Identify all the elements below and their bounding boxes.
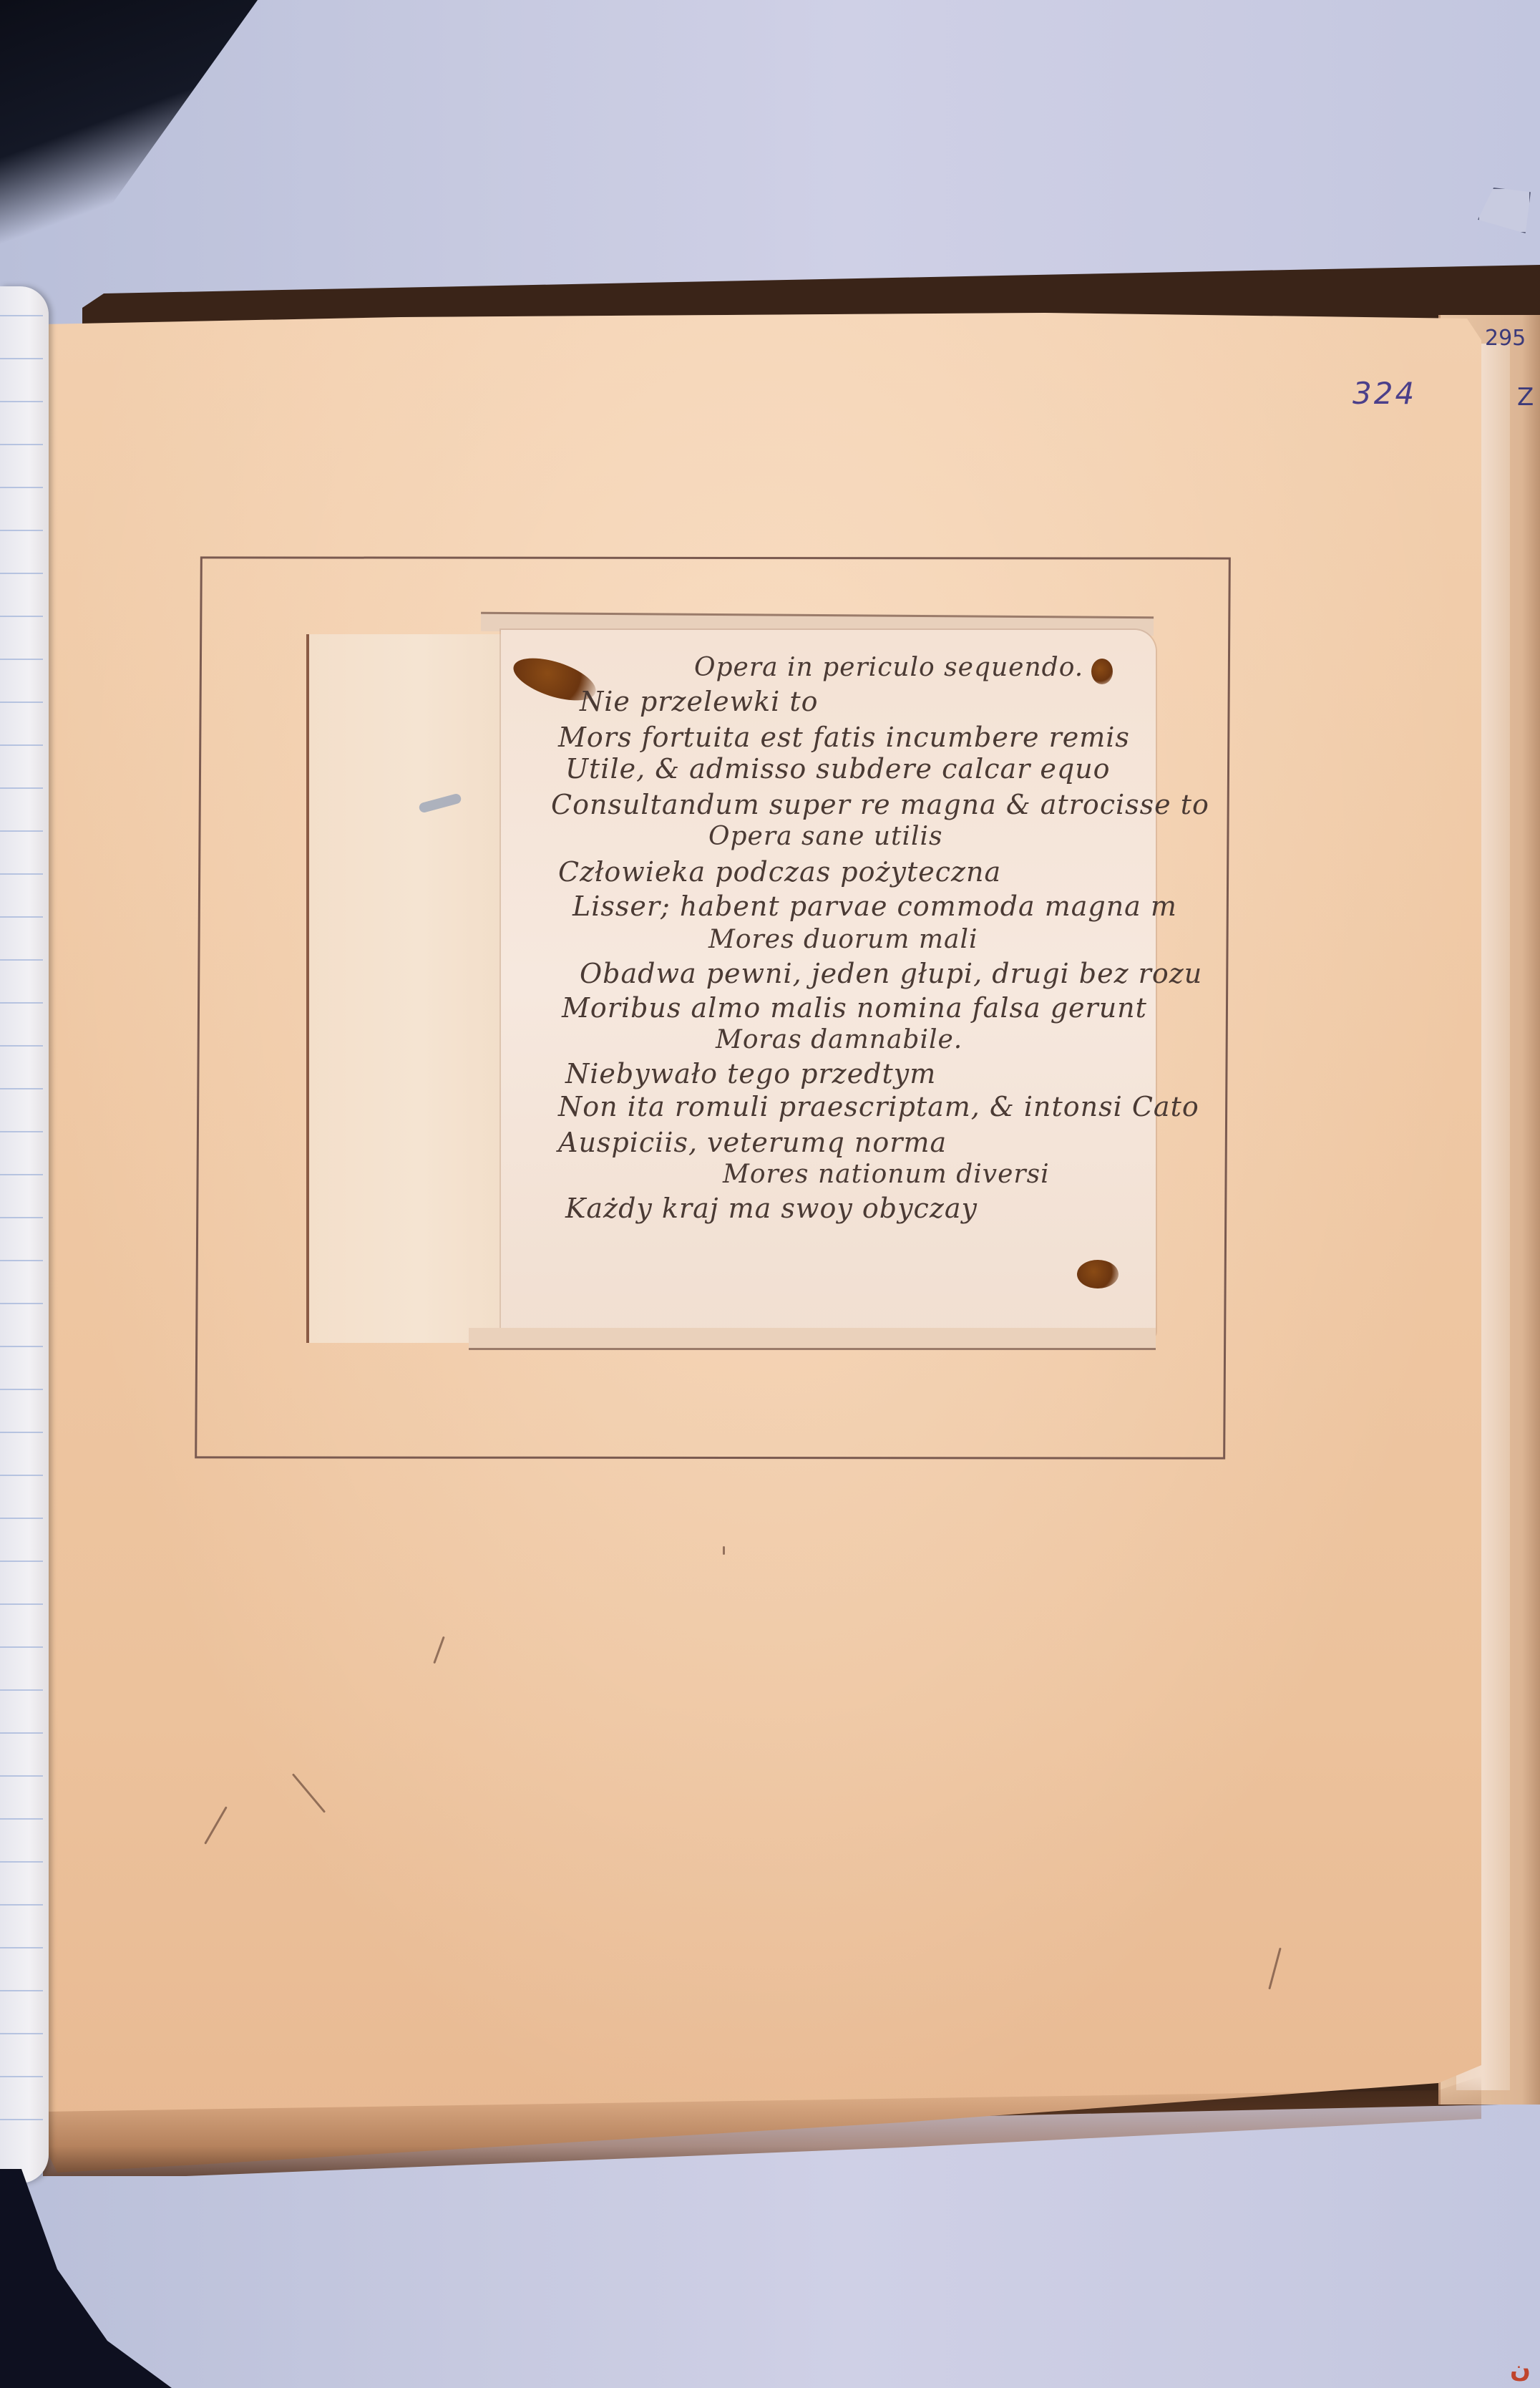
ruled-line <box>0 1904 43 1906</box>
manuscript-heading: Mores nationum diversi <box>723 1160 1050 1189</box>
ruled-line <box>0 315 43 316</box>
ruled-line <box>0 702 43 703</box>
ruled-line <box>0 1990 43 1991</box>
ruled-line <box>0 659 43 660</box>
stain-spot <box>1091 659 1113 684</box>
mounting-strip <box>306 634 531 1343</box>
ruled-line <box>0 1561 43 1562</box>
ruled-line <box>0 1775 43 1777</box>
ruled-line <box>0 1174 43 1175</box>
ruled-line <box>0 530 43 531</box>
ruled-line <box>0 1045 43 1047</box>
dark-shadow-bottom-left <box>0 2169 186 2388</box>
ruled-line <box>0 487 43 488</box>
ruled-line <box>0 787 43 789</box>
manuscript-heading: Opera sane utilis <box>708 822 943 851</box>
manuscript-line: Obadwa pewni, jeden głupi, drugi bez roz… <box>580 958 1202 989</box>
folio-number: 324 <box>1353 376 1416 411</box>
back-folio-number: 295 <box>1485 326 1526 351</box>
manuscript-heading: Mores duorum mali <box>708 925 978 954</box>
left-page-edge <box>0 286 49 2183</box>
ruled-line <box>0 2033 43 2034</box>
ruled-line <box>0 1131 43 1132</box>
page-speck <box>723 1546 725 1555</box>
manuscript-line: Każdy kraj ma swoy obyczay <box>565 1193 978 1224</box>
ruled-line <box>0 1088 43 1089</box>
manuscript-line: Consultandum super re magna & atrocisse … <box>551 789 1209 820</box>
ruled-line <box>0 616 43 617</box>
ruled-line <box>0 1732 43 1734</box>
manuscript-line: Człowieka podczas pożyteczna <box>558 856 1001 888</box>
ruled-line <box>0 1947 43 1948</box>
manuscript-line: Utile, & admisso subdere calcar equo <box>565 753 1111 785</box>
back-page-mark: Z <box>1517 383 1534 412</box>
ruled-line <box>0 1475 43 1476</box>
ruled-line <box>0 1389 43 1390</box>
ruled-line <box>0 1432 43 1433</box>
ruled-line <box>0 2076 43 2077</box>
ruled-line <box>0 1861 43 1863</box>
ruled-line <box>0 959 43 961</box>
ruled-line <box>0 1689 43 1691</box>
ruled-line <box>0 573 43 574</box>
ruled-line <box>0 916 43 918</box>
ruled-line <box>0 1818 43 1820</box>
manuscript-line: Moribus almo malis nomina falsa gerunt <box>562 992 1147 1024</box>
manuscript-line: Non ita romuli praescriptam, & intonsi C… <box>558 1091 1199 1122</box>
manuscript-line: Lisser; habent parvae commoda magna m <box>572 890 1177 922</box>
ruled-line <box>0 1303 43 1304</box>
ruled-line <box>0 358 43 359</box>
ruled-line <box>0 1603 43 1605</box>
manuscript-line: Auspiciis, veterumq norma <box>558 1127 947 1158</box>
ruled-line <box>0 1217 43 1218</box>
ruled-line <box>0 1518 43 1519</box>
stain-spot <box>1077 1260 1119 1288</box>
ruled-line <box>0 1260 43 1261</box>
slip-bottom-edge <box>469 1328 1156 1350</box>
ruled-line <box>0 744 43 746</box>
ruled-line <box>0 2119 43 2120</box>
ruled-line <box>0 1646 43 1648</box>
manuscript-heading: Opera in periculo sequendo. <box>694 653 1083 682</box>
torn-paper-scrap <box>1478 188 1531 233</box>
manuscript-line: Niebywało tego przedtym <box>565 1058 936 1089</box>
ruled-line <box>0 873 43 875</box>
manuscript-heading: Moras damnabile. <box>716 1025 962 1054</box>
manuscript-line: Mors fortuita est fatis incumbere remis <box>558 722 1130 753</box>
corner-watermark-mark: ن <box>1510 2355 1531 2384</box>
dark-shadow-top-left <box>0 0 258 301</box>
ruled-line <box>0 444 43 445</box>
ruled-line <box>0 1002 43 1004</box>
manuscript-line: Nie przelewki to <box>580 686 819 717</box>
ruled-line <box>0 830 43 832</box>
ruled-line <box>0 401 43 402</box>
ruled-line <box>0 1346 43 1347</box>
